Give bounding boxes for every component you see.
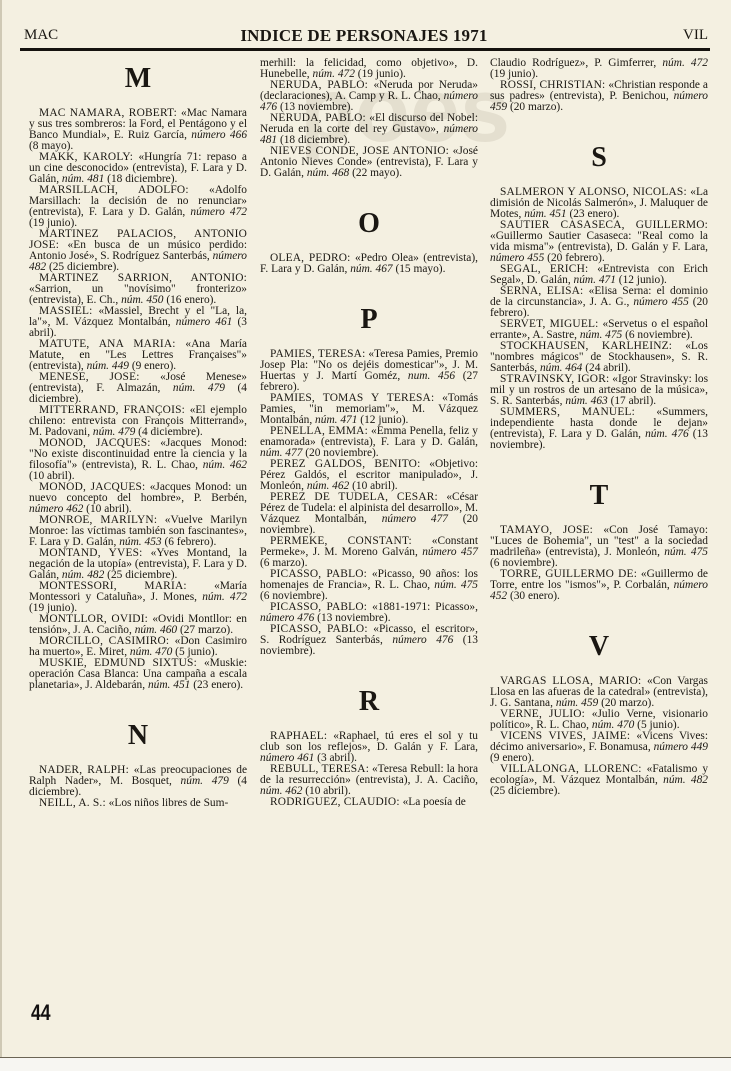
entry-issue: núm. 468: [307, 167, 349, 179]
entry-issue: número 449: [654, 741, 708, 753]
entry-article: «La poesía de: [400, 796, 466, 808]
index-entry: TORRE, GUILLERMO DE: «Guillermo de Torre…: [490, 569, 708, 602]
entry-issue: núm. 462: [203, 459, 247, 471]
index-entry: PAMIES, TERESA: «Teresa Pamies, Premio J…: [260, 349, 478, 393]
entry-issue: número 466: [191, 129, 247, 141]
index-entry: MARSILLACH, ADOLFO: «Adolfo Marsillach: …: [29, 185, 247, 229]
index-entry: ROSSI, CHRISTIAN: «Christian responde a …: [490, 80, 708, 113]
index-column-2: merhill: la felicidad, como objetivo», D…: [260, 58, 478, 808]
index-entry: STRAVINSKY, IGOR: «Igor Stravinsky: los …: [490, 374, 708, 407]
entry-date: (30 enero).: [507, 590, 560, 602]
page-edge: [0, 0, 2, 1057]
index-entry: NERUDA, PABLO: «El discurso del Nobel: N…: [260, 113, 478, 146]
index-entry: SAUTIER CASASECA, GUILLERMO: «Guillermo …: [490, 220, 708, 264]
entry-issue: núm. 475: [434, 579, 478, 591]
section-letter: P: [260, 305, 478, 335]
section-letter: T: [490, 481, 708, 511]
index-entry: merhill: la felicidad, como objetivo», D…: [260, 58, 478, 80]
index-entry: PICASSO, PABLO: «1881-1971: Picasso», nú…: [260, 602, 478, 624]
entry-article: «Guillermo Sautier Casaseca: "Real como …: [490, 230, 708, 253]
entry-issue: núm. 475: [664, 546, 708, 558]
index-entry: RAPHAEL: «Raphael, tú eres el sol y tu c…: [260, 731, 478, 764]
section-letter: M: [29, 64, 247, 94]
index-entry: PENELLA, EMMA: «Emma Penella, feliz y en…: [260, 426, 478, 459]
entry-issue: num. 456: [408, 370, 455, 382]
index-column-1: MMAC NAMARA, ROBERT: «Mac Namara y sus t…: [29, 58, 247, 809]
index-entry: MASSIEL: «Massiel, Brecht y el "La, la, …: [29, 306, 247, 339]
index-entry: MUSKIE, EDMUND SIXTUS: «Muskie: operació…: [29, 658, 247, 691]
index-entry: Claudio Rodríguez», P. Gimferrer, núm. 4…: [490, 58, 708, 80]
index-entry: SALMERON Y ALONSO, NICOLAS: «La dimisión…: [490, 187, 708, 220]
index-entry: MONOD, JACQUES: «Jacques Monod: "No exis…: [29, 438, 247, 482]
index-entry: MONTAND, YVES: «Yves Montand, la negació…: [29, 548, 247, 581]
index-entry: MARTINEZ PALACIOS, ANTONIO JOSE: «En bus…: [29, 229, 247, 273]
index-entry: MARTINEZ SARRION, ANTONIO: «Sarrion, un …: [29, 273, 247, 306]
entry-issue: núm. 451: [148, 679, 190, 691]
index-entry: PICASSO, PABLO: «Picasso, 90 años: los h…: [260, 569, 478, 602]
page-bottom-edge: [0, 1057, 731, 1071]
index-entry: SERNA, ELISA: «Elisa Serna: el dominio d…: [490, 286, 708, 319]
index-entry: NEILL, A. S.: «Los niños libres de Sum-: [29, 798, 247, 809]
section-letter: S: [490, 143, 708, 173]
section-letter: R: [260, 687, 478, 717]
entry-issue: núm. 479: [181, 775, 229, 787]
index-entry: PICASSO, PABLO: «Picasso, el escritor», …: [260, 624, 478, 657]
index-entry: RODRIGUEZ, CLAUDIO: «La poesía de: [260, 797, 478, 808]
index-entry: MATUTE, ANA MARIA: «Ana María Matute, en…: [29, 339, 247, 372]
entry-issue: número 461: [176, 316, 233, 328]
entry-issue: número 455: [633, 296, 688, 308]
entry-issue: núm. 479: [173, 382, 225, 394]
entry-issue: núm. 482: [663, 774, 708, 786]
index-entry: MONTESSORI, MARIA: «María Montessori y C…: [29, 581, 247, 614]
running-header: MAC INDICE DE PERSONAJES 1971 VIL: [20, 26, 708, 46]
index-entry: VILLALONGA, LLORENC: «Fatalismo y ecolog…: [490, 764, 708, 797]
index-entry: NADER, RALPH: «Las preocupaciones de Ral…: [29, 765, 247, 798]
section-letter: O: [260, 209, 478, 239]
index-entry: MAC NAMARA, ROBERT: «Mac Namara y sus tr…: [29, 108, 247, 152]
index-entry: STOCKHAUSEN, KARLHEINZ: «Los "nombres má…: [490, 341, 708, 374]
entry-person: NEILL, A. S.:: [39, 797, 106, 809]
index-entry: VERNE, JULIO: «Julio Verne, visionario p…: [490, 709, 708, 731]
index-entry: MONOD, JACQUES: «Jacques Monod: un nuevo…: [29, 482, 247, 515]
index-entry: MITTERRAND, FRANÇOIS: «El ejemplo chilen…: [29, 405, 247, 438]
header-rule: [20, 48, 710, 51]
index-entry: PEREZ GALDOS, BENITO: «Objetivo: Pérez G…: [260, 459, 478, 492]
entry-article: «Los niños libres de Sum-: [106, 797, 228, 809]
section-letter: N: [29, 721, 247, 751]
page-number: 44: [31, 1000, 51, 1026]
index-column-3: Claudio Rodríguez», P. Gimferrer, núm. 4…: [490, 58, 708, 797]
index-entry: TAMAYO, JOSE: «Con José Tamayo: "Luces d…: [490, 525, 708, 569]
index-entry: SUMMERS, MANUEL: «Summers, independiente…: [490, 407, 708, 451]
header-last-entry: VIL: [683, 27, 708, 44]
index-entry: PAMIES, TOMAS Y TERESA: «Tomás Pamies, "…: [260, 393, 478, 426]
entry-person: RODRIGUEZ, CLAUDIO:: [270, 796, 400, 808]
index-entry: REBULL, TERESA: «Teresa Rebull: la hora …: [260, 764, 478, 797]
index-entry: OLEA, PEDRO: «Pedro Olea» (entrevista), …: [260, 253, 478, 275]
index-entry: VARGAS LLOSA, MARIO: «Con Vargas Llosa e…: [490, 676, 708, 709]
index-entry: SERVET, MIGUEL: «Servetus o el español e…: [490, 319, 708, 341]
entry-issue: núm. 476: [645, 428, 689, 440]
entry-date: (15 mayo).: [393, 263, 446, 275]
entry-date: (20 marzo).: [507, 101, 563, 113]
index-entry: MONROE, MARILYN: «Vuelve Marilyn Monroe:…: [29, 515, 247, 548]
index-entry: MAKK, KAROLY: «Hungría 71: repaso a un c…: [29, 152, 247, 185]
index-entry: PERMEKE, CONSTANT: «Constant Permeke», J…: [260, 536, 478, 569]
page-title: INDICE DE PERSONAJES 1971: [20, 26, 708, 46]
index-entry: NERUDA, PABLO: «Neruda por Neruda» (decl…: [260, 80, 478, 113]
index-entry: SEGAL, ERICH: «Entrevista con Erich Sega…: [490, 264, 708, 286]
section-letter: V: [490, 632, 708, 662]
entry-date: (22 mayo).: [349, 167, 402, 179]
entry-date: (25 diciembre).: [490, 785, 560, 797]
index-page: poes MAC INDICE DE PERSONAJES 1971 VIL M…: [0, 0, 731, 1071]
index-entry: NIEVES CONDE, JOSE ANTONIO: «José Antoni…: [260, 146, 478, 179]
index-entry: MORCILLO, CASIMIRO: «Don Casimiro ha mue…: [29, 636, 247, 658]
index-entry: MONTLLOR, OVIDI: «Ovidi Montllor: en ten…: [29, 614, 247, 636]
index-entry: MENESE, JOSE: «José Menese» (entrevista)…: [29, 372, 247, 405]
entry-issue: núm. 467: [350, 263, 392, 275]
entry-date: (23 enero).: [190, 679, 243, 691]
entry-issue: número 477: [382, 513, 448, 525]
entry-issue: número 457: [422, 546, 478, 558]
entry-issue: número 472: [190, 206, 247, 218]
index-entry: VICENS VIVES, JAIME: «Vicens Vives: déci…: [490, 731, 708, 764]
entry-issue: núm. 472: [202, 591, 247, 603]
index-entry: PEREZ DE TUDELA, CESAR: «César Pérez de …: [260, 492, 478, 536]
entry-issue: núm. 472: [662, 57, 708, 69]
entry-issue: número 476: [392, 634, 453, 646]
